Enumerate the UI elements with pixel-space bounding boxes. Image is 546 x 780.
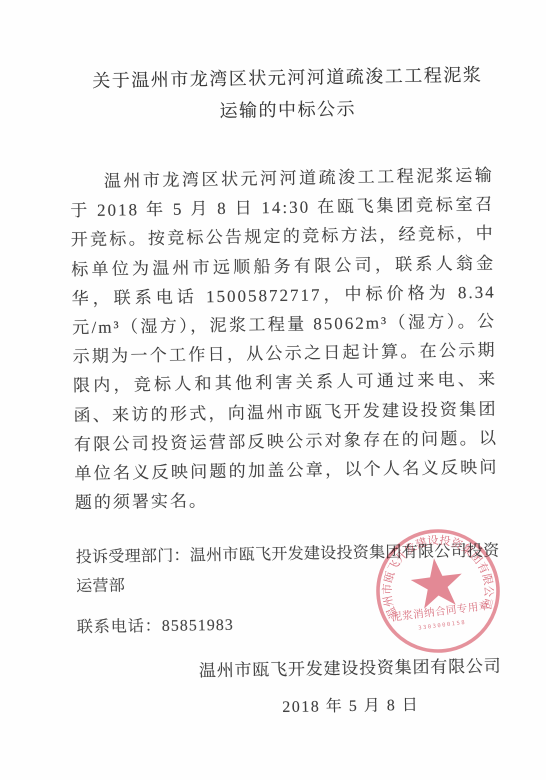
contact-phone-paragraph: 联系电话：85851983 <box>77 607 501 643</box>
signature-company: 温州市瓯飞开发建设投资集团有限公司 <box>199 656 502 683</box>
signature-date: 2018 年 5 月 8 日 <box>199 691 502 719</box>
document-content: 关于温州市龙湾区状元河河道疏浚工工程泥浆 运输的中标公示 温州市龙湾区状元河河道… <box>68 59 502 721</box>
title-line-2: 运输的中标公示 <box>83 91 493 129</box>
scanned-notice-page: 关于温州市龙湾区状元河河道疏浚工工程泥浆 运输的中标公示 温州市龙湾区状元河河道… <box>0 0 546 780</box>
signature-inner: 温州市瓯飞开发建设投资集团有限公司 2018 年 5 月 8 日 <box>199 656 502 719</box>
body-paragraph: 温州市龙湾区状元河河道疏浚工工程泥浆运输于 2018 年 5 月 8 日 14:… <box>70 161 499 518</box>
document-title: 关于温州市龙湾区状元河河道疏浚工工程泥浆 运输的中标公示 <box>68 59 493 130</box>
title-line-1: 关于温州市龙湾区状元河河道疏浚工工程泥浆 <box>82 59 492 97</box>
complaint-department-paragraph: 投诉受理部门：温州市瓯飞开发建设投资集团有限公司投资运营部 <box>76 537 501 602</box>
signature-block: 温州市瓯飞开发建设投资集团有限公司 2018 年 5 月 8 日 <box>77 656 502 721</box>
